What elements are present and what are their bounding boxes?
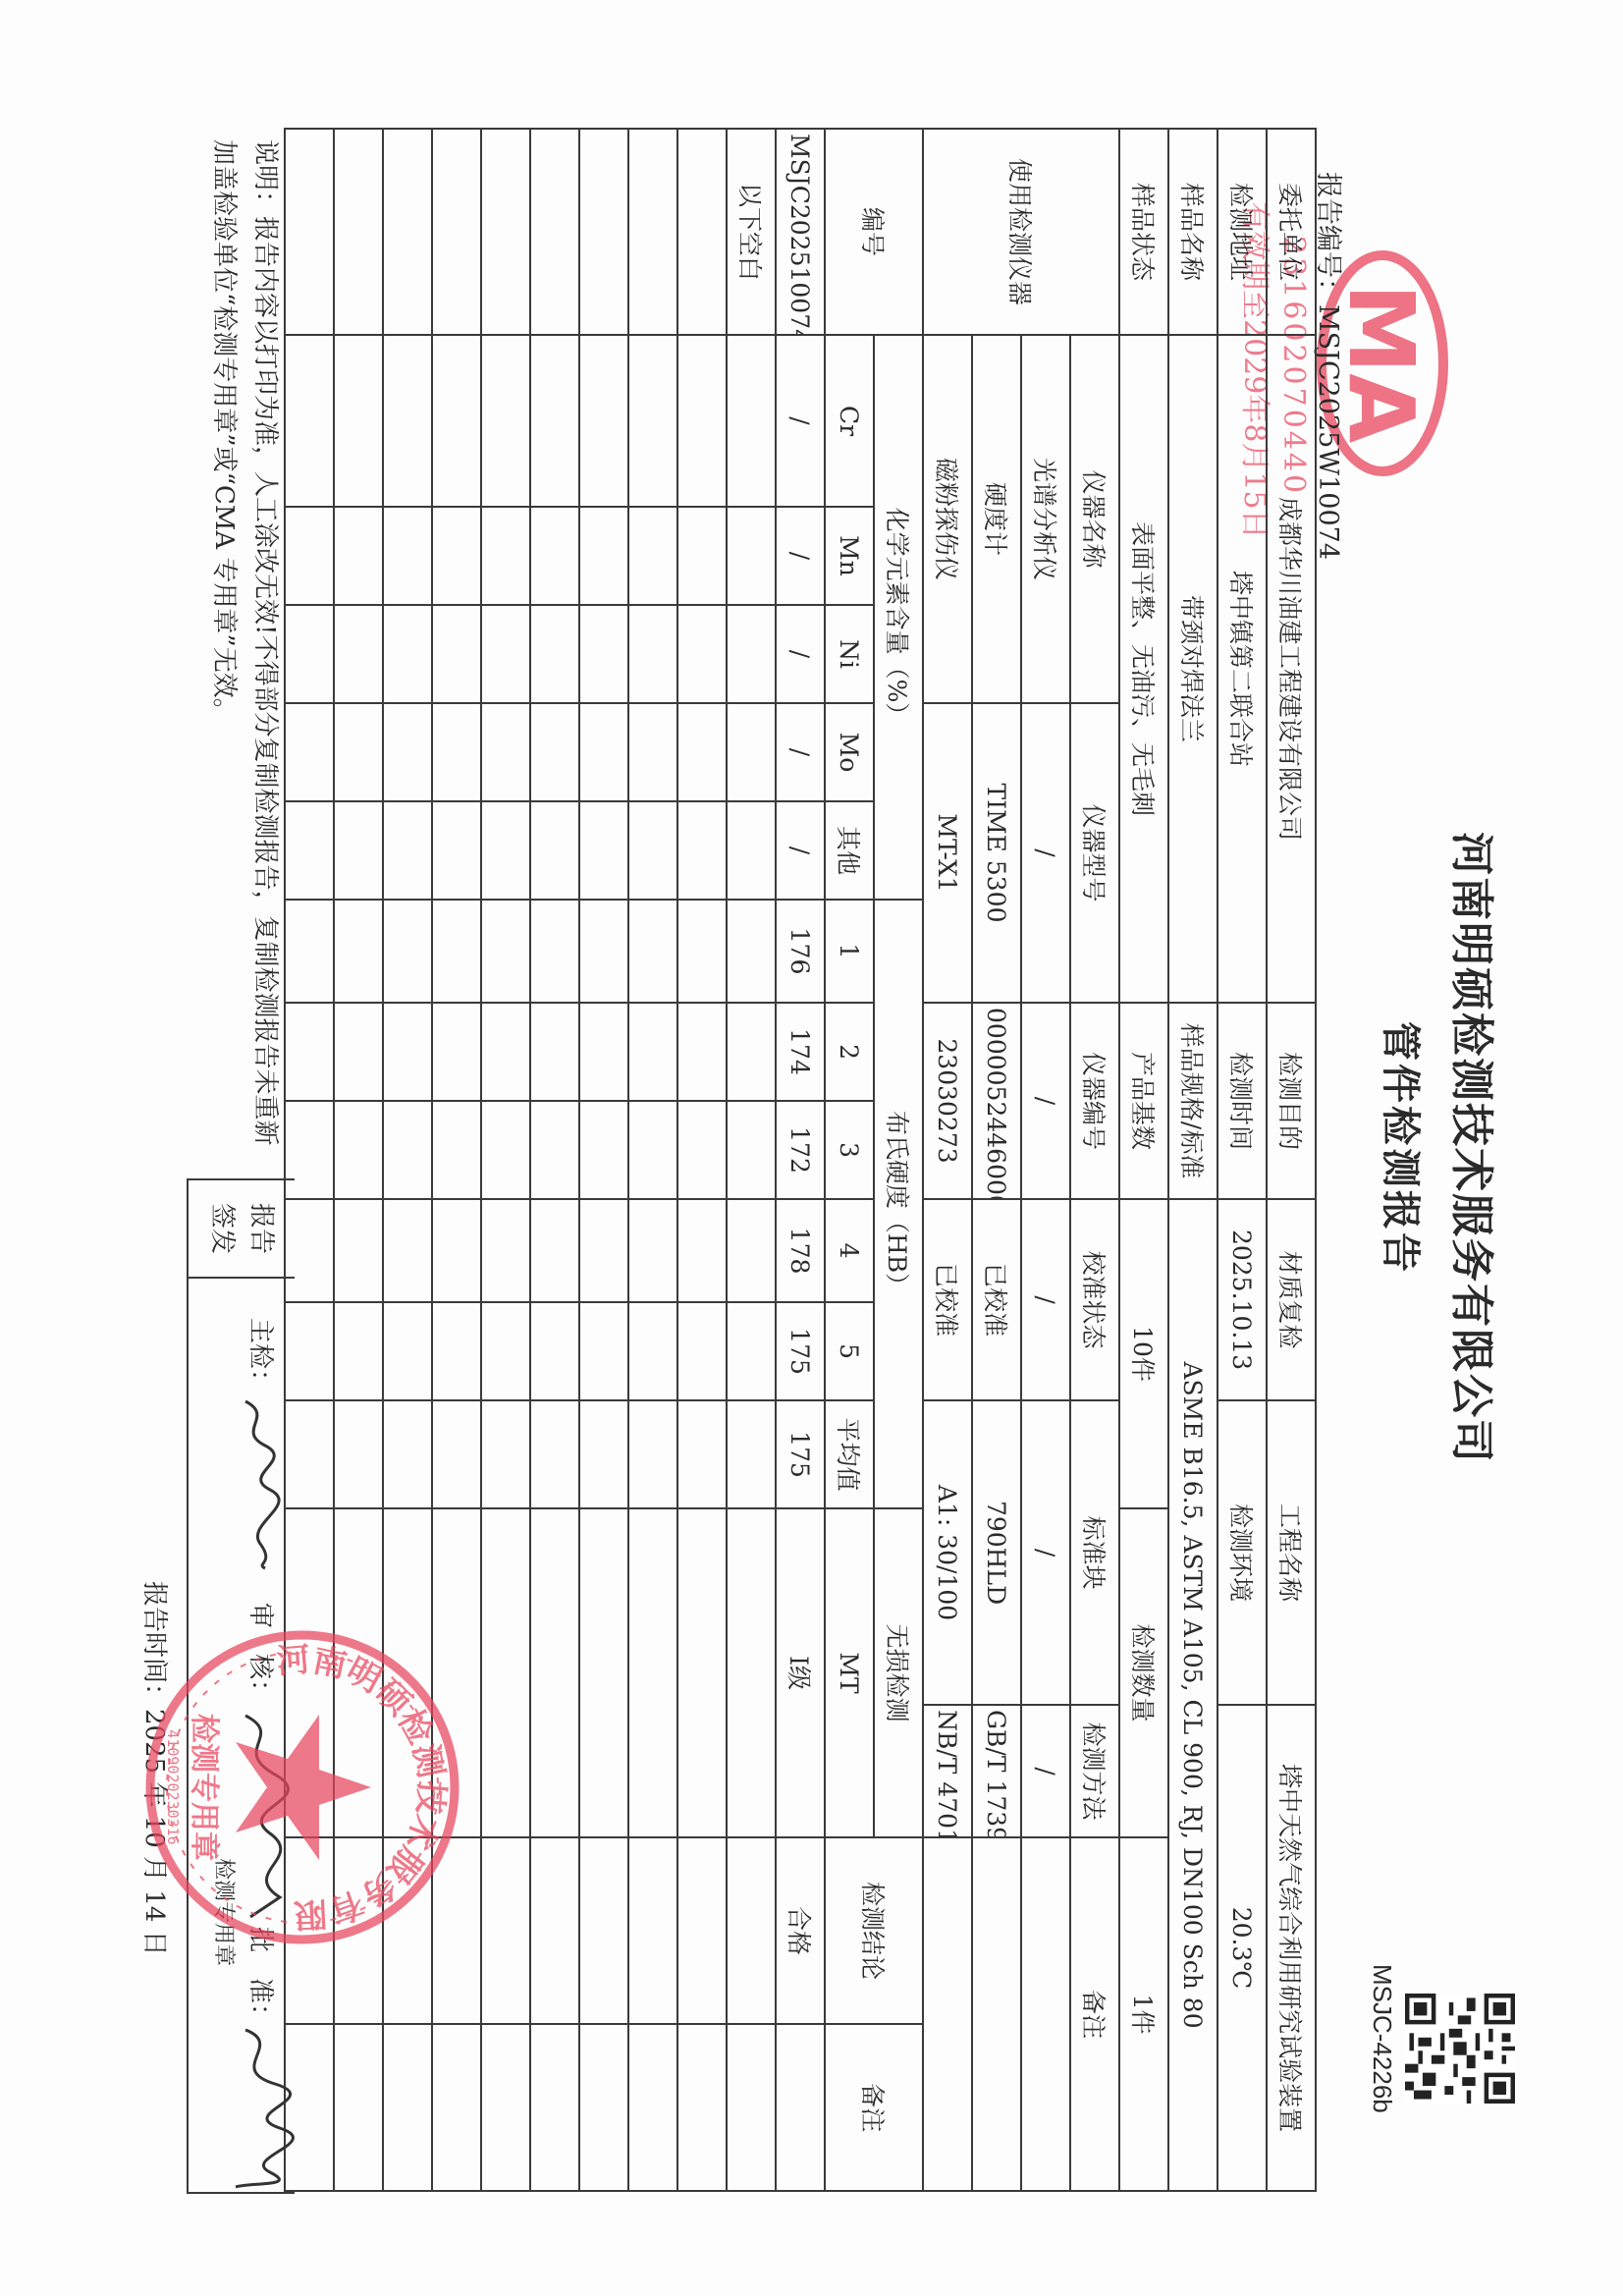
empty-cell xyxy=(334,2024,383,2191)
instrument-col-name: 仪器名称 xyxy=(1070,335,1119,703)
empty-cell xyxy=(481,2024,530,2191)
empty-cell xyxy=(432,1003,481,1101)
spec-label: 样品规格/标准 xyxy=(1168,1003,1217,1199)
empty-cell xyxy=(628,605,677,703)
empty-cell xyxy=(628,335,677,507)
hb-value xyxy=(727,1101,776,1199)
empty-cell xyxy=(432,129,481,335)
conclusion-value: 合格 xyxy=(776,1837,825,2024)
chem-value: / xyxy=(776,703,825,801)
empty-cell xyxy=(383,801,432,900)
empty-cell xyxy=(432,1302,481,1400)
sign-label: 报告签发 xyxy=(189,1180,295,1279)
empty-cell xyxy=(628,507,677,605)
empty-cell xyxy=(628,2024,677,2191)
empty-cell xyxy=(628,801,677,900)
empty-cell xyxy=(432,900,481,1003)
empty-cell xyxy=(481,1508,530,1837)
empty-cell xyxy=(677,1302,727,1400)
hb-col-4: 4 xyxy=(825,1199,874,1302)
empty-cell xyxy=(334,335,383,507)
project-label: 工程名称 xyxy=(1267,1400,1316,1705)
purpose-label: 检测目的 xyxy=(1267,1003,1316,1199)
empty-cell xyxy=(677,605,727,703)
empty-cell xyxy=(285,605,334,703)
empty-row xyxy=(628,129,677,2191)
chem-col-other: 其他 xyxy=(825,801,874,900)
empty-cell xyxy=(334,900,383,1003)
chem-value xyxy=(727,703,776,801)
sample-name-label: 样品名称 xyxy=(1168,129,1217,335)
inspector-signature-icon xyxy=(226,1396,285,1573)
instrument-block: 790HLD xyxy=(972,1400,1021,1705)
empty-cell xyxy=(677,1003,727,1101)
inspector-label: 主检： xyxy=(244,1318,281,1394)
empty-cell xyxy=(628,703,677,801)
empty-cell xyxy=(285,801,334,900)
row-sample-name: 样品名称 带颈对焊法兰 样品规格/标准 ASME B16.5, ASTM A10… xyxy=(1168,129,1217,2191)
instrument-header-row: 使用检测仪器 仪器名称 仪器型号 仪器编号 校准状态 标准块 检测方法 备注 xyxy=(1070,129,1119,2191)
instrument-row: 硬度计TIME 530000000524460000078已校准790HLDGB… xyxy=(972,129,1021,2191)
empty-cell xyxy=(579,900,628,1003)
date-label: 检测时间 xyxy=(1217,1003,1267,1199)
empty-cell xyxy=(432,1199,481,1302)
row-sample-state: 样品状态 表面平整、无油污、无毛刺 产品基数 10件 检测数量 1件 xyxy=(1119,129,1168,2191)
empty-cell xyxy=(334,1101,383,1199)
hb-value xyxy=(727,1400,776,1508)
empty-cell xyxy=(677,900,727,1003)
empty-cell xyxy=(677,801,727,900)
empty-cell xyxy=(530,1837,579,2024)
empty-cell xyxy=(530,1400,579,1508)
empty-cell xyxy=(383,1302,432,1400)
empty-cell xyxy=(334,1003,383,1101)
state-value: 表面平整、无油污、无毛刺 xyxy=(1119,335,1168,1003)
empty-cell xyxy=(481,900,530,1003)
empty-cell xyxy=(579,1400,628,1508)
chem-col-mo: Mo xyxy=(825,703,874,801)
chem-col-mn: Mn xyxy=(825,507,874,605)
instrument-col-block: 标准块 xyxy=(1070,1400,1119,1705)
empty-cell xyxy=(383,900,432,1003)
instrument-col-calibration: 校准状态 xyxy=(1070,1199,1119,1400)
empty-cell xyxy=(579,1837,628,2024)
results-col-chem: 化学元素含量（%） xyxy=(874,335,923,900)
empty-cell xyxy=(481,335,530,507)
instrument-calibration: 已校准 xyxy=(972,1199,1021,1400)
empty-cell xyxy=(628,1302,677,1400)
empty-cell xyxy=(334,507,383,605)
empty-cell xyxy=(579,2024,628,2191)
report-number: 报告编号：MSJC2025W10074 xyxy=(1312,172,1350,560)
hb-col-2: 2 xyxy=(825,1003,874,1101)
empty-cell xyxy=(383,1101,432,1199)
hb-col-average: 平均值 xyxy=(825,1400,874,1508)
date-value: 2025.10.13 xyxy=(1217,1199,1267,1400)
empty-cell xyxy=(579,801,628,900)
address-label: 检测地址 xyxy=(1217,129,1267,335)
chem-value xyxy=(727,605,776,703)
empty-cell xyxy=(334,801,383,900)
empty-cell xyxy=(677,507,727,605)
empty-row xyxy=(481,129,530,2191)
hb-col-5: 5 xyxy=(825,1302,874,1400)
chem-value xyxy=(727,801,776,900)
results-col-id: 编号 xyxy=(825,129,923,335)
row-address: 检测地址 塔中镇第二联合站 检测时间 2025.10.13 检测环境 20.3℃ xyxy=(1217,129,1267,2191)
empty-cell xyxy=(677,129,727,335)
empty-cell xyxy=(579,1101,628,1199)
empty-cell xyxy=(628,1508,677,1837)
empty-cell xyxy=(530,703,579,801)
empty-cell xyxy=(579,1003,628,1101)
empty-cell xyxy=(530,129,579,335)
chem-col-ni: Ni xyxy=(825,605,874,703)
qty-value: 1件 xyxy=(1119,1837,1168,2191)
empty-cell xyxy=(481,605,530,703)
empty-cell xyxy=(432,507,481,605)
instrument-serial: 00000524460000078 xyxy=(972,1003,1021,1199)
empty-cell xyxy=(481,1302,530,1400)
empty-cell xyxy=(628,129,677,335)
project-value: 塔中天然气综合利用研究试验装置 xyxy=(1267,1705,1316,2191)
empty-cell xyxy=(628,1199,677,1302)
empty-cell xyxy=(530,1003,579,1101)
report-number-value: MSJC2025W10074 xyxy=(1313,304,1343,560)
empty-cell xyxy=(383,1199,432,1302)
empty-cell xyxy=(530,1302,579,1400)
hb-value: 176 xyxy=(776,900,825,1003)
empty-cell xyxy=(285,1003,334,1101)
spec-value: ASME B16.5, ASTM A105, CL 900, RJ, DN100… xyxy=(1168,1199,1217,2191)
empty-cell xyxy=(628,1837,677,2024)
empty-cell xyxy=(383,703,432,801)
empty-cell xyxy=(334,605,383,703)
empty-cell xyxy=(481,507,530,605)
empty-cell xyxy=(677,2024,727,2191)
empty-cell xyxy=(383,129,432,335)
empty-cell xyxy=(628,900,677,1003)
empty-cell xyxy=(481,801,530,900)
empty-cell xyxy=(383,2024,432,2191)
client-label: 委托单位 xyxy=(1267,129,1316,335)
empty-cell xyxy=(285,507,334,605)
hb-value xyxy=(727,900,776,1003)
results-col-hb: 布氏硬度（HB） xyxy=(874,900,923,1508)
empty-cell xyxy=(432,801,481,900)
chem-value xyxy=(727,507,776,605)
instrument-model: MT-X1 xyxy=(923,703,972,1003)
empty-cell xyxy=(677,335,727,507)
conclusion-value xyxy=(727,1837,776,2024)
empty-cell xyxy=(285,335,334,507)
results-col-remark: 备注 xyxy=(825,2024,923,2191)
state-label: 样品状态 xyxy=(1119,129,1168,335)
empty-row xyxy=(677,129,727,2191)
empty-cell xyxy=(383,1400,432,1508)
instrument-method: GB/T 17394.1-2014 xyxy=(972,1705,1021,1837)
base-value: 10件 xyxy=(1119,1199,1168,1508)
empty-cell xyxy=(579,703,628,801)
results-group-header: 编号 化学元素含量（%） 布氏硬度（HB） 无损检测 检测结论 备注 xyxy=(874,129,923,2191)
empty-cell xyxy=(628,1400,677,1508)
test-report-page: MSJC-4226b 河南明硕检测技术服务有限公司 管件检测报告 MA 2316… xyxy=(0,0,1623,2296)
empty-cell xyxy=(628,1003,677,1101)
chem-value: / xyxy=(776,801,825,900)
empty-cell xyxy=(432,1101,481,1199)
empty-cell xyxy=(334,703,383,801)
empty-row xyxy=(579,129,628,2191)
empty-cell xyxy=(481,1837,530,2024)
instrument-calibration: 已校准 xyxy=(923,1199,972,1400)
instrument-col-serial: 仪器编号 xyxy=(1070,1003,1119,1199)
instruments-label: 使用检测仪器 xyxy=(923,129,1119,335)
instrument-name: 硬度计 xyxy=(972,335,1021,703)
empty-row xyxy=(530,129,579,2191)
env-label: 检测环境 xyxy=(1217,1400,1267,1705)
instrument-serial: / xyxy=(1021,1003,1070,1199)
instrument-remark xyxy=(1021,1837,1070,2191)
empty-cell xyxy=(530,335,579,507)
empty-cell xyxy=(481,1199,530,1302)
instrument-method: NB/T 47013.4-2015 xyxy=(923,1705,972,1837)
instrument-model: / xyxy=(1021,703,1070,1003)
ndt-value xyxy=(727,1508,776,1837)
instrument-block: A1: 30/100 xyxy=(923,1400,972,1705)
empty-cell xyxy=(432,703,481,801)
hb-value: 174 xyxy=(776,1003,825,1101)
instrument-remark xyxy=(972,1837,1021,2191)
empty-cell xyxy=(677,1101,727,1199)
empty-cell xyxy=(677,703,727,801)
empty-cell xyxy=(530,605,579,703)
empty-cell xyxy=(530,900,579,1003)
instrument-method: / xyxy=(1021,1705,1070,1837)
result-row: MSJC202510074/////176174172178175175I级合格 xyxy=(776,129,825,2191)
empty-cell xyxy=(579,1302,628,1400)
empty-cell xyxy=(530,801,579,900)
purpose-value: 材质复检 xyxy=(1267,1199,1316,1400)
instrument-name: 光谱分析仪 xyxy=(1021,335,1070,703)
empty-cell xyxy=(579,1508,628,1837)
empty-cell xyxy=(481,703,530,801)
empty-cell xyxy=(285,129,334,335)
results-col-conclusion: 检测结论 xyxy=(825,1837,923,2024)
empty-cell xyxy=(579,605,628,703)
hb-value: 175 xyxy=(776,1400,825,1508)
chem-value: / xyxy=(776,335,825,507)
instrument-row: 磁粉探伤仪MT-X123030273已校准A1: 30/100NB/T 4701… xyxy=(923,129,972,2191)
chem-value xyxy=(727,335,776,507)
empty-cell xyxy=(383,507,432,605)
empty-cell xyxy=(481,1400,530,1508)
sample-id: MSJC202510074 xyxy=(776,129,825,335)
hb-value xyxy=(727,1199,776,1302)
hb-value xyxy=(727,1003,776,1101)
hb-value xyxy=(727,1302,776,1400)
empty-cell xyxy=(530,1101,579,1199)
instrument-name: 磁粉探伤仪 xyxy=(923,335,972,703)
empty-cell xyxy=(481,1003,530,1101)
hb-col-1: 1 xyxy=(825,900,874,1003)
empty-cell xyxy=(383,335,432,507)
instrument-row: 光谱分析仪///// xyxy=(1021,129,1070,2191)
result-row: 以下空白 xyxy=(727,129,776,2191)
address-value: 塔中镇第二联合站 xyxy=(1217,335,1267,1003)
company-seal-icon: 河南明硕检测技术服务有限公司 检测专用章 4109020230316 xyxy=(140,1625,464,1949)
remark-value xyxy=(727,2024,776,2191)
row-client: 委托单位 成都华川油建工程建设有限公司 检测目的 材质复检 工程名称 塔中天然气… xyxy=(1267,129,1316,2191)
client-value: 成都华川油建工程建设有限公司 xyxy=(1267,335,1316,1003)
empty-cell xyxy=(432,335,481,507)
instrument-serial: 23030273 xyxy=(923,1003,972,1199)
ndt-col-mt: MT xyxy=(825,1508,874,1837)
hb-col-3: 3 xyxy=(825,1101,874,1199)
instrument-calibration: / xyxy=(1021,1199,1070,1400)
env-value: 20.3℃ xyxy=(1217,1705,1267,2191)
qty-label: 检测数量 xyxy=(1119,1508,1168,1837)
instrument-col-method: 检测方法 xyxy=(1070,1705,1119,1837)
empty-cell xyxy=(432,2024,481,2191)
instrument-col-remark: 备注 xyxy=(1070,1837,1119,2191)
chem-value: / xyxy=(776,507,825,605)
empty-cell xyxy=(677,1400,727,1508)
chem-col-cr: Cr xyxy=(825,335,874,507)
chem-value: / xyxy=(776,605,825,703)
remark-value xyxy=(776,2024,825,2191)
instrument-block: / xyxy=(1021,1400,1070,1705)
report-note: 说明：报告内容以打印为准，人工涂改无效!不得部分复制检测报告，复制检测报告未重新… xyxy=(203,139,286,1171)
empty-cell xyxy=(677,1837,727,2024)
empty-cell xyxy=(677,1508,727,1837)
svg-text:4109020230316: 4109020230316 xyxy=(164,1729,182,1844)
empty-cell xyxy=(530,507,579,605)
svg-text:检测专用章: 检测专用章 xyxy=(187,1714,221,1861)
empty-cell xyxy=(579,335,628,507)
empty-cell xyxy=(579,507,628,605)
empty-cell xyxy=(285,900,334,1003)
sample-id: 以下空白 xyxy=(727,129,776,335)
base-label: 产品基数 xyxy=(1119,1003,1168,1199)
empty-cell xyxy=(579,129,628,335)
empty-cell xyxy=(383,605,432,703)
ndt-value: I级 xyxy=(776,1508,825,1837)
empty-cell xyxy=(334,1302,383,1400)
empty-cell xyxy=(285,703,334,801)
empty-cell xyxy=(628,1101,677,1199)
instrument-col-model: 仪器型号 xyxy=(1070,703,1119,1003)
sample-name-value: 带颈对焊法兰 xyxy=(1168,335,1217,1003)
empty-cell xyxy=(677,1199,727,1302)
empty-cell xyxy=(481,1101,530,1199)
empty-cell xyxy=(383,1003,432,1101)
hb-value: 178 xyxy=(776,1199,825,1302)
empty-cell xyxy=(334,1199,383,1302)
empty-cell xyxy=(530,2024,579,2191)
results-col-ndt: 无损检测 xyxy=(874,1508,923,1837)
empty-cell xyxy=(334,1400,383,1508)
hb-value: 172 xyxy=(776,1101,825,1199)
report-number-label: 报告编号： xyxy=(1313,172,1343,304)
empty-cell xyxy=(530,1199,579,1302)
approver-signature-icon xyxy=(216,2025,295,2192)
instrument-model: TIME 5300 xyxy=(972,703,1021,1003)
empty-cell xyxy=(432,605,481,703)
empty-cell xyxy=(481,129,530,335)
empty-cell xyxy=(530,1508,579,1837)
hb-value: 175 xyxy=(776,1302,825,1400)
empty-cell xyxy=(334,129,383,335)
empty-cell xyxy=(579,1199,628,1302)
instrument-remark xyxy=(923,1837,972,2191)
empty-cell xyxy=(432,1400,481,1508)
